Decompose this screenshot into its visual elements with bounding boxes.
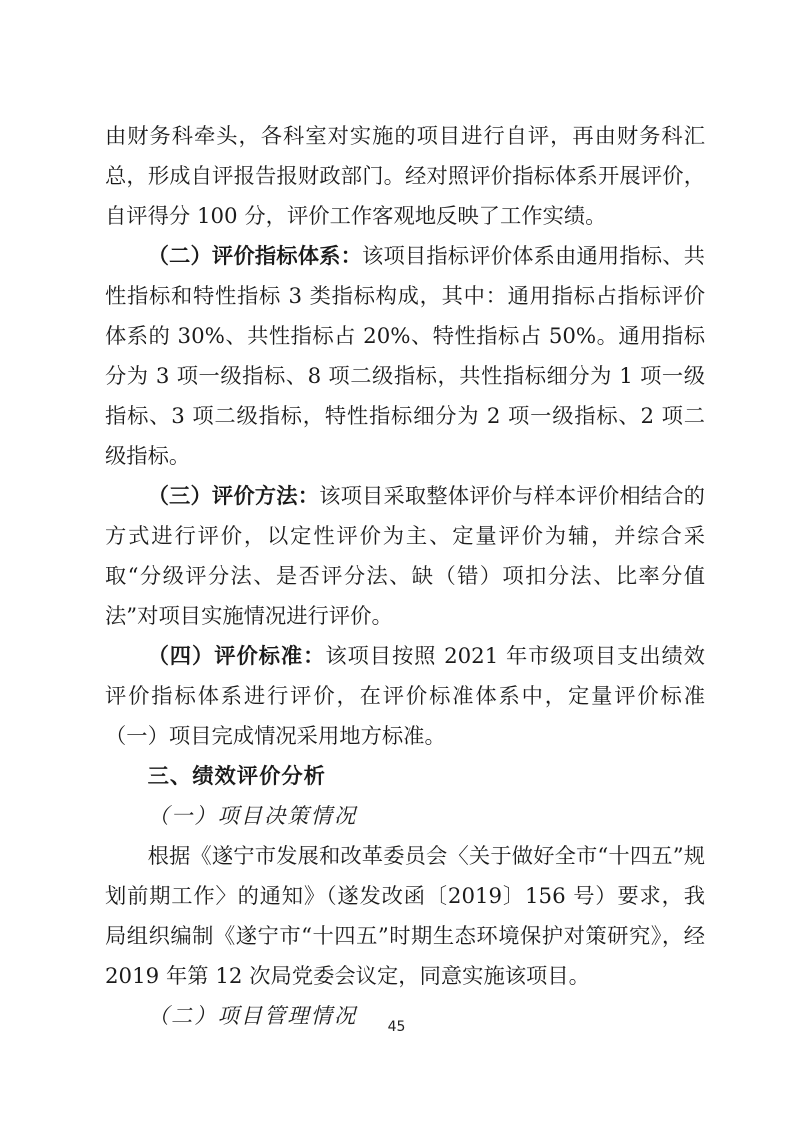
para-evaluation-standard-run: （四）评价标准： xyxy=(148,644,326,669)
para-evaluation-indicator-system: （二）评价指标体系：该项目指标评价体系由通用指标、共性指标和特性指标 3 类指标… xyxy=(105,237,705,477)
heading-performance-evaluation-analysis-run: 三、绩效评价分析 xyxy=(148,764,326,789)
para-self-evaluation-continued: 由财务科牵头，各科室对实施的项目进行自评，再由财务科汇总，形成自评报告报财政部门… xyxy=(105,117,705,237)
para-evaluation-standard: （四）评价标准：该项目按照 2021 年市级项目支出绩效评价指标体系进行评价，在… xyxy=(105,637,705,757)
heading-project-decision-run: （一）项目决策情况 xyxy=(148,804,358,829)
document-body: 由财务科牵头，各科室对实施的项目进行自评，再由财务科汇总，形成自评报告报财政部门… xyxy=(105,117,705,1037)
para-self-evaluation-continued-run: 由财务科牵头，各科室对实施的项目进行自评，再由财务科汇总，形成自评报告报财政部门… xyxy=(105,124,705,229)
para-evaluation-method: （三）评价方法：该项目采取整体评价与样本评价相结合的方式进行评价，以定性评价为主… xyxy=(105,477,705,637)
para-project-decision-detail: 根据《遂宁市发展和改革委员会〈关于做好全市“十四五”规划前期工作〉的通知》（遂发… xyxy=(105,837,705,997)
heading-project-decision: （一）项目决策情况 xyxy=(105,797,705,837)
heading-performance-evaluation-analysis: 三、绩效评价分析 xyxy=(105,757,705,797)
page-number: 45 xyxy=(0,1018,793,1036)
para-project-decision-detail-run: 根据《遂宁市发展和改革委员会〈关于做好全市“十四五”规划前期工作〉的通知》（遂发… xyxy=(105,844,705,989)
document-page: 由财务科牵头，各科室对实施的项目进行自评，再由财务科汇总，形成自评报告报财政部门… xyxy=(0,0,793,1122)
para-evaluation-indicator-system-run: 该项目指标评价体系由通用指标、共性指标和特性指标 3 类指标构成，其中：通用指标… xyxy=(105,244,705,469)
para-evaluation-indicator-system-run: （二）评价指标体系： xyxy=(148,244,362,269)
para-evaluation-method-run: （三）评价方法： xyxy=(148,484,320,509)
